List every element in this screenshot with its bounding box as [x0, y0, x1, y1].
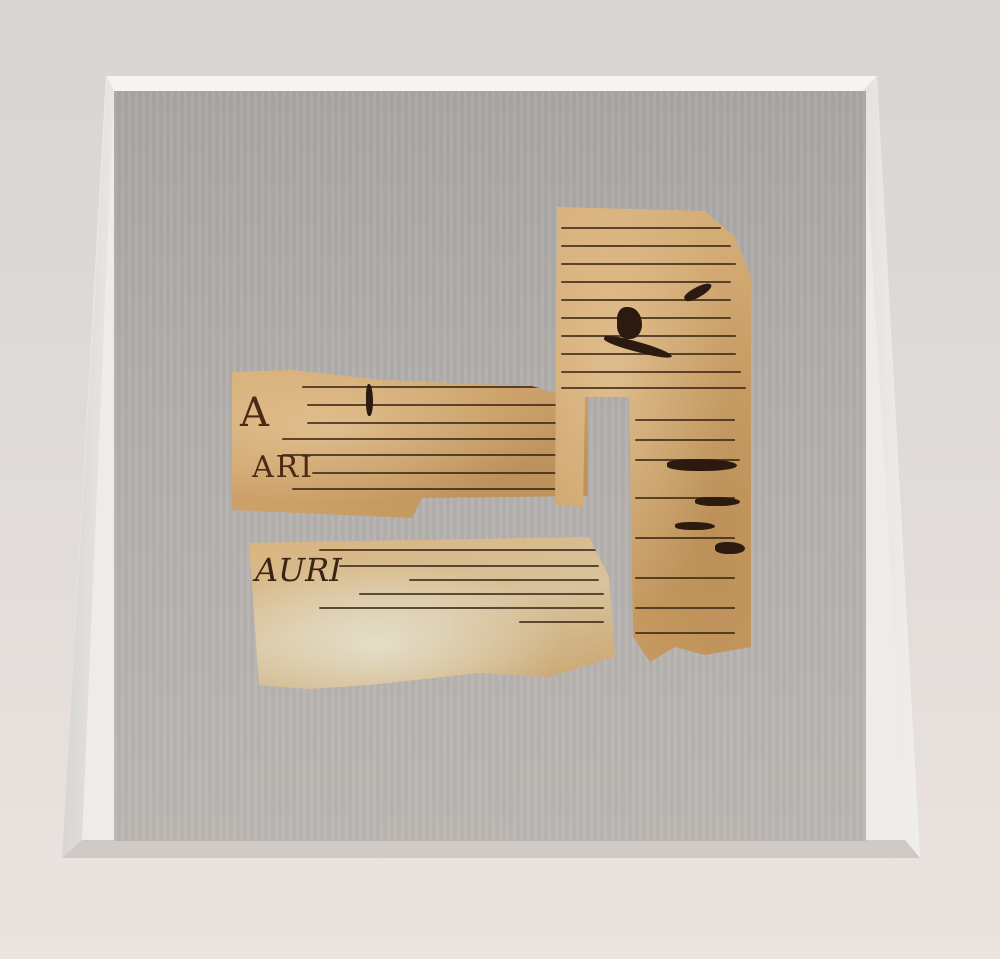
text-line	[292, 488, 572, 490]
text-line	[307, 404, 577, 406]
ink-blot	[617, 307, 642, 339]
text-line	[561, 317, 731, 319]
text-line	[561, 245, 731, 247]
initial-letters: ARI	[252, 450, 314, 485]
text-line	[635, 439, 735, 441]
text-line	[561, 263, 736, 265]
text-line	[307, 422, 582, 424]
ink-blot	[675, 522, 715, 530]
text-line	[519, 621, 604, 623]
text-line	[561, 371, 741, 373]
text-line	[359, 593, 604, 595]
text-line	[561, 387, 746, 389]
text-line	[635, 419, 735, 421]
text-line	[282, 454, 582, 456]
text-line	[561, 227, 721, 229]
text-line	[635, 632, 735, 634]
text-line	[561, 335, 736, 337]
text-line	[635, 607, 735, 609]
text-line	[319, 549, 599, 551]
manuscript-fragment-top-left: A ARI	[232, 370, 588, 518]
mat-bevel-top	[107, 76, 877, 92]
ink-blot	[603, 333, 673, 361]
ink-blot	[715, 542, 745, 554]
text-line	[339, 565, 599, 567]
text-line	[319, 607, 604, 609]
ink-blot	[667, 459, 737, 471]
ink-blot	[695, 497, 740, 506]
ink-blot	[366, 384, 373, 416]
text-line	[282, 438, 582, 440]
text-line	[635, 537, 735, 539]
initial-letters: A	[240, 390, 269, 436]
manuscript-fragment-bottom: AURI	[249, 537, 615, 689]
initial-letters: AURI	[255, 551, 342, 589]
text-line	[409, 579, 599, 581]
mat-bevel-bottom	[62, 840, 920, 858]
text-line	[561, 299, 731, 301]
text-line	[635, 577, 735, 579]
text-line	[312, 472, 582, 474]
text-line	[302, 386, 572, 388]
